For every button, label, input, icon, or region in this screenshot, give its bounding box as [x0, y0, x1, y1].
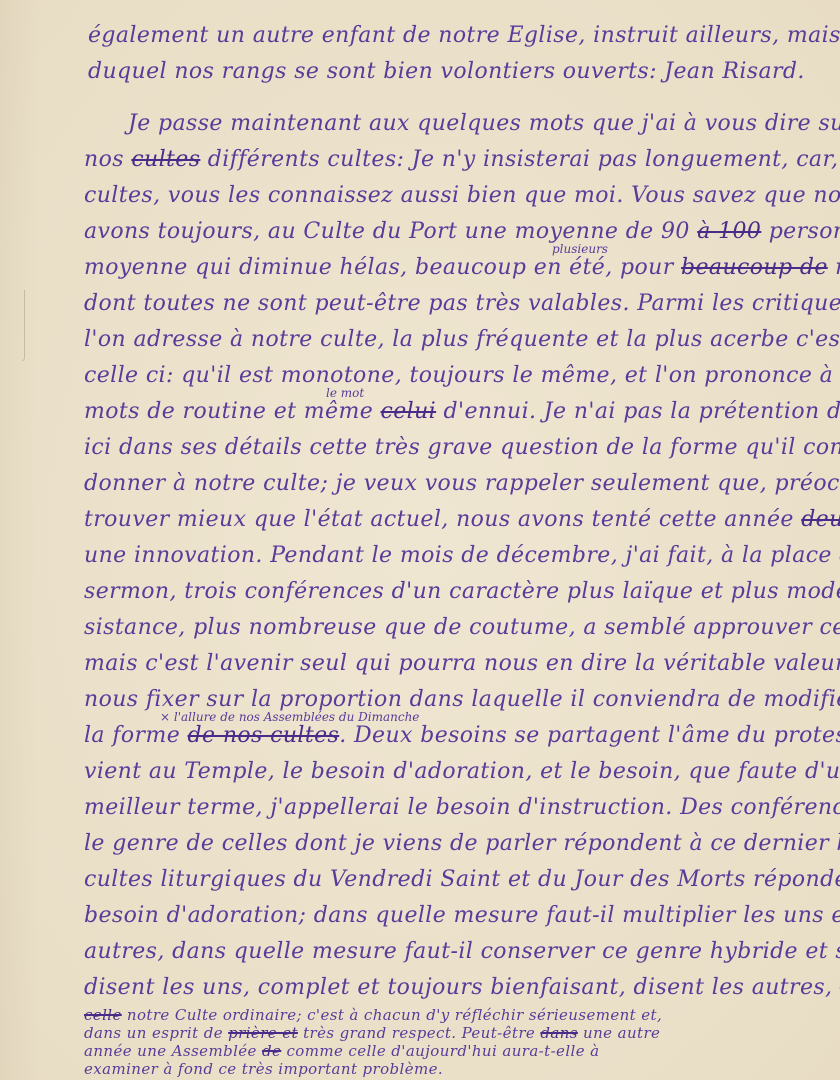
manuscript-line: sistance, plus nombreuse que de coutume,…	[84, 614, 840, 642]
line-text: duquel nos rangs se sont bien volontiers…	[88, 59, 805, 84]
line-text: meilleur terme, j'appellerai le besoin d…	[84, 795, 840, 820]
line-text: nos	[84, 147, 131, 172]
line-text: mais c'est l'avenir seul qui pourra nous…	[84, 651, 840, 676]
line-text: examiner à fond ce très important problè…	[84, 1060, 443, 1078]
line-text: cultes, vous les connaissez aussi bien q…	[84, 183, 840, 208]
manuscript-line: mots de routine et même celui d'ennui. J…	[84, 398, 840, 426]
manuscript-line: trouver mieux que l'état actuel, nous av…	[84, 506, 840, 534]
line-text: une autre	[578, 1024, 660, 1042]
line-text: ici dans ses détails cette très grave qu…	[84, 435, 840, 460]
manuscript-page: également un autre enfant de notre Eglis…	[0, 0, 840, 1080]
manuscript-line: autres, dans quelle mesure faut-il conse…	[84, 938, 840, 966]
line-text: donner à notre culte; je veux vous rappe…	[84, 471, 840, 496]
manuscript-line: sermon, trois conférences d'un caractère…	[84, 578, 840, 606]
manuscript-line: examiner à fond ce très important problè…	[84, 1060, 443, 1078]
struck-text: celui	[381, 399, 437, 424]
struck-text: de	[262, 1042, 281, 1060]
manuscript-line: duquel nos rangs se sont bien volontiers…	[88, 58, 805, 86]
struck-text: deux ou	[801, 507, 840, 532]
manuscript-line: donner à notre culte; je veux vous rappe…	[84, 470, 840, 498]
line-text: différents cultes: Je n'y insisterai pas…	[200, 147, 840, 172]
line-text: l'on adresse à notre culte, la plus fréq…	[84, 327, 840, 352]
line-text: autres, dans quelle mesure faut-il conse…	[84, 939, 840, 964]
line-text: mots de routine et même	[84, 399, 381, 424]
line-text: d'ennui. Je n'ai pas la prétention de tr…	[436, 399, 840, 424]
struck-text: dans	[540, 1024, 578, 1042]
line-text: dont toutes ne sont peut-être pas très v…	[84, 291, 840, 316]
manuscript-line: celle ci: qu'il est monotone, toujours l…	[84, 362, 840, 390]
manuscript-line: une innovation. Pendant le mois de décem…	[84, 542, 840, 570]
line-text: la forme	[84, 723, 188, 748]
line-text: vient au Temple, le besoin d'adoration, …	[84, 759, 840, 784]
manuscript-line: la forme de nos cultes. Deux besoins se …	[84, 722, 840, 750]
line-text: année une Assemblée	[84, 1042, 262, 1060]
inserted-annotation: × l'allure de nos Assemblées du Dimanche	[160, 710, 419, 724]
line-text: raisons	[828, 255, 840, 280]
manuscript-line: Je passe maintenant aux quelques mots qu…	[128, 110, 840, 138]
inserted-annotation: le mot	[326, 386, 364, 400]
line-text: très grand respect. Peut-être	[298, 1024, 540, 1042]
line-text: une innovation. Pendant le mois de décem…	[84, 543, 840, 568]
manuscript-line: vient au Temple, le besoin d'adoration, …	[84, 758, 840, 786]
manuscript-line: cultes liturgiques du Vendredi Saint et …	[84, 866, 840, 894]
struck-text: beaucoup de	[681, 255, 828, 280]
struck-text: prière et	[228, 1024, 298, 1042]
inserted-annotation: plusieurs	[552, 242, 608, 256]
line-text: personnes,	[761, 219, 840, 244]
line-text: . Deux besoins se partagent l'âme du pro…	[339, 723, 840, 748]
line-text: trouver mieux que l'état actuel, nous av…	[84, 507, 801, 532]
manuscript-line: disent les uns, complet et toujours bien…	[84, 974, 840, 1002]
struck-text: à 100	[697, 219, 761, 244]
line-text: le genre de celles dont je viens de parl…	[84, 831, 840, 856]
line-text: besoin d'adoration; dans quelle mesure f…	[84, 903, 840, 928]
manuscript-line: nos cultes différents cultes: Je n'y ins…	[84, 146, 840, 174]
line-text: sistance, plus nombreuse que de coutume,…	[84, 615, 840, 640]
line-text: notre Culte ordinaire; c'est à chacun d'…	[122, 1006, 662, 1024]
paper-crease	[22, 290, 25, 361]
line-text: sermon, trois conférences d'un caractère…	[84, 579, 840, 604]
manuscript-line: dont toutes ne sont peut-être pas très v…	[84, 290, 840, 318]
manuscript-line: avons toujours, au Culte du Port une moy…	[84, 218, 840, 246]
manuscript-line: besoin d'adoration; dans quelle mesure f…	[84, 902, 840, 930]
line-text: disent les uns, complet et toujours bien…	[84, 975, 840, 1000]
manuscript-line: meilleur terme, j'appellerai le besoin d…	[84, 794, 840, 822]
line-text: moyenne qui diminue hélas, beaucoup en é…	[84, 255, 681, 280]
manuscript-line: le genre de celles dont je viens de parl…	[84, 830, 840, 858]
line-text: également un autre enfant de notre Eglis…	[88, 23, 840, 48]
line-text: avons toujours, au Culte du Port une moy…	[84, 219, 697, 244]
manuscript-line: moyenne qui diminue hélas, beaucoup en é…	[84, 254, 840, 282]
line-text: Je passe maintenant aux quelques mots qu…	[128, 111, 840, 136]
line-text: dans un esprit de	[84, 1024, 228, 1042]
manuscript-line: mais c'est l'avenir seul qui pourra nous…	[84, 650, 840, 678]
struck-text: de nos cultes	[188, 723, 340, 748]
struck-text: cultes	[131, 147, 200, 172]
line-text: celle ci: qu'il est monotone, toujours l…	[84, 363, 840, 388]
manuscript-line: également un autre enfant de notre Eglis…	[88, 22, 840, 50]
manuscript-line: cultes, vous les connaissez aussi bien q…	[84, 182, 840, 210]
struck-text: celle	[84, 1006, 122, 1024]
line-text: comme celle d'aujourd'hui aura-t-elle à	[281, 1042, 599, 1060]
manuscript-line: celle notre Culte ordinaire; c'est à cha…	[84, 1006, 662, 1024]
line-text: cultes liturgiques du Vendredi Saint et …	[84, 867, 840, 892]
manuscript-line: année une Assemblée de comme celle d'auj…	[84, 1042, 600, 1060]
manuscript-line: ici dans ses détails cette très grave qu…	[84, 434, 840, 462]
manuscript-line: dans un esprit de prière et très grand r…	[84, 1024, 660, 1042]
manuscript-line: l'on adresse à notre culte, la plus fréq…	[84, 326, 840, 354]
line-text: nous fixer sur la proportion dans laquel…	[84, 687, 840, 712]
